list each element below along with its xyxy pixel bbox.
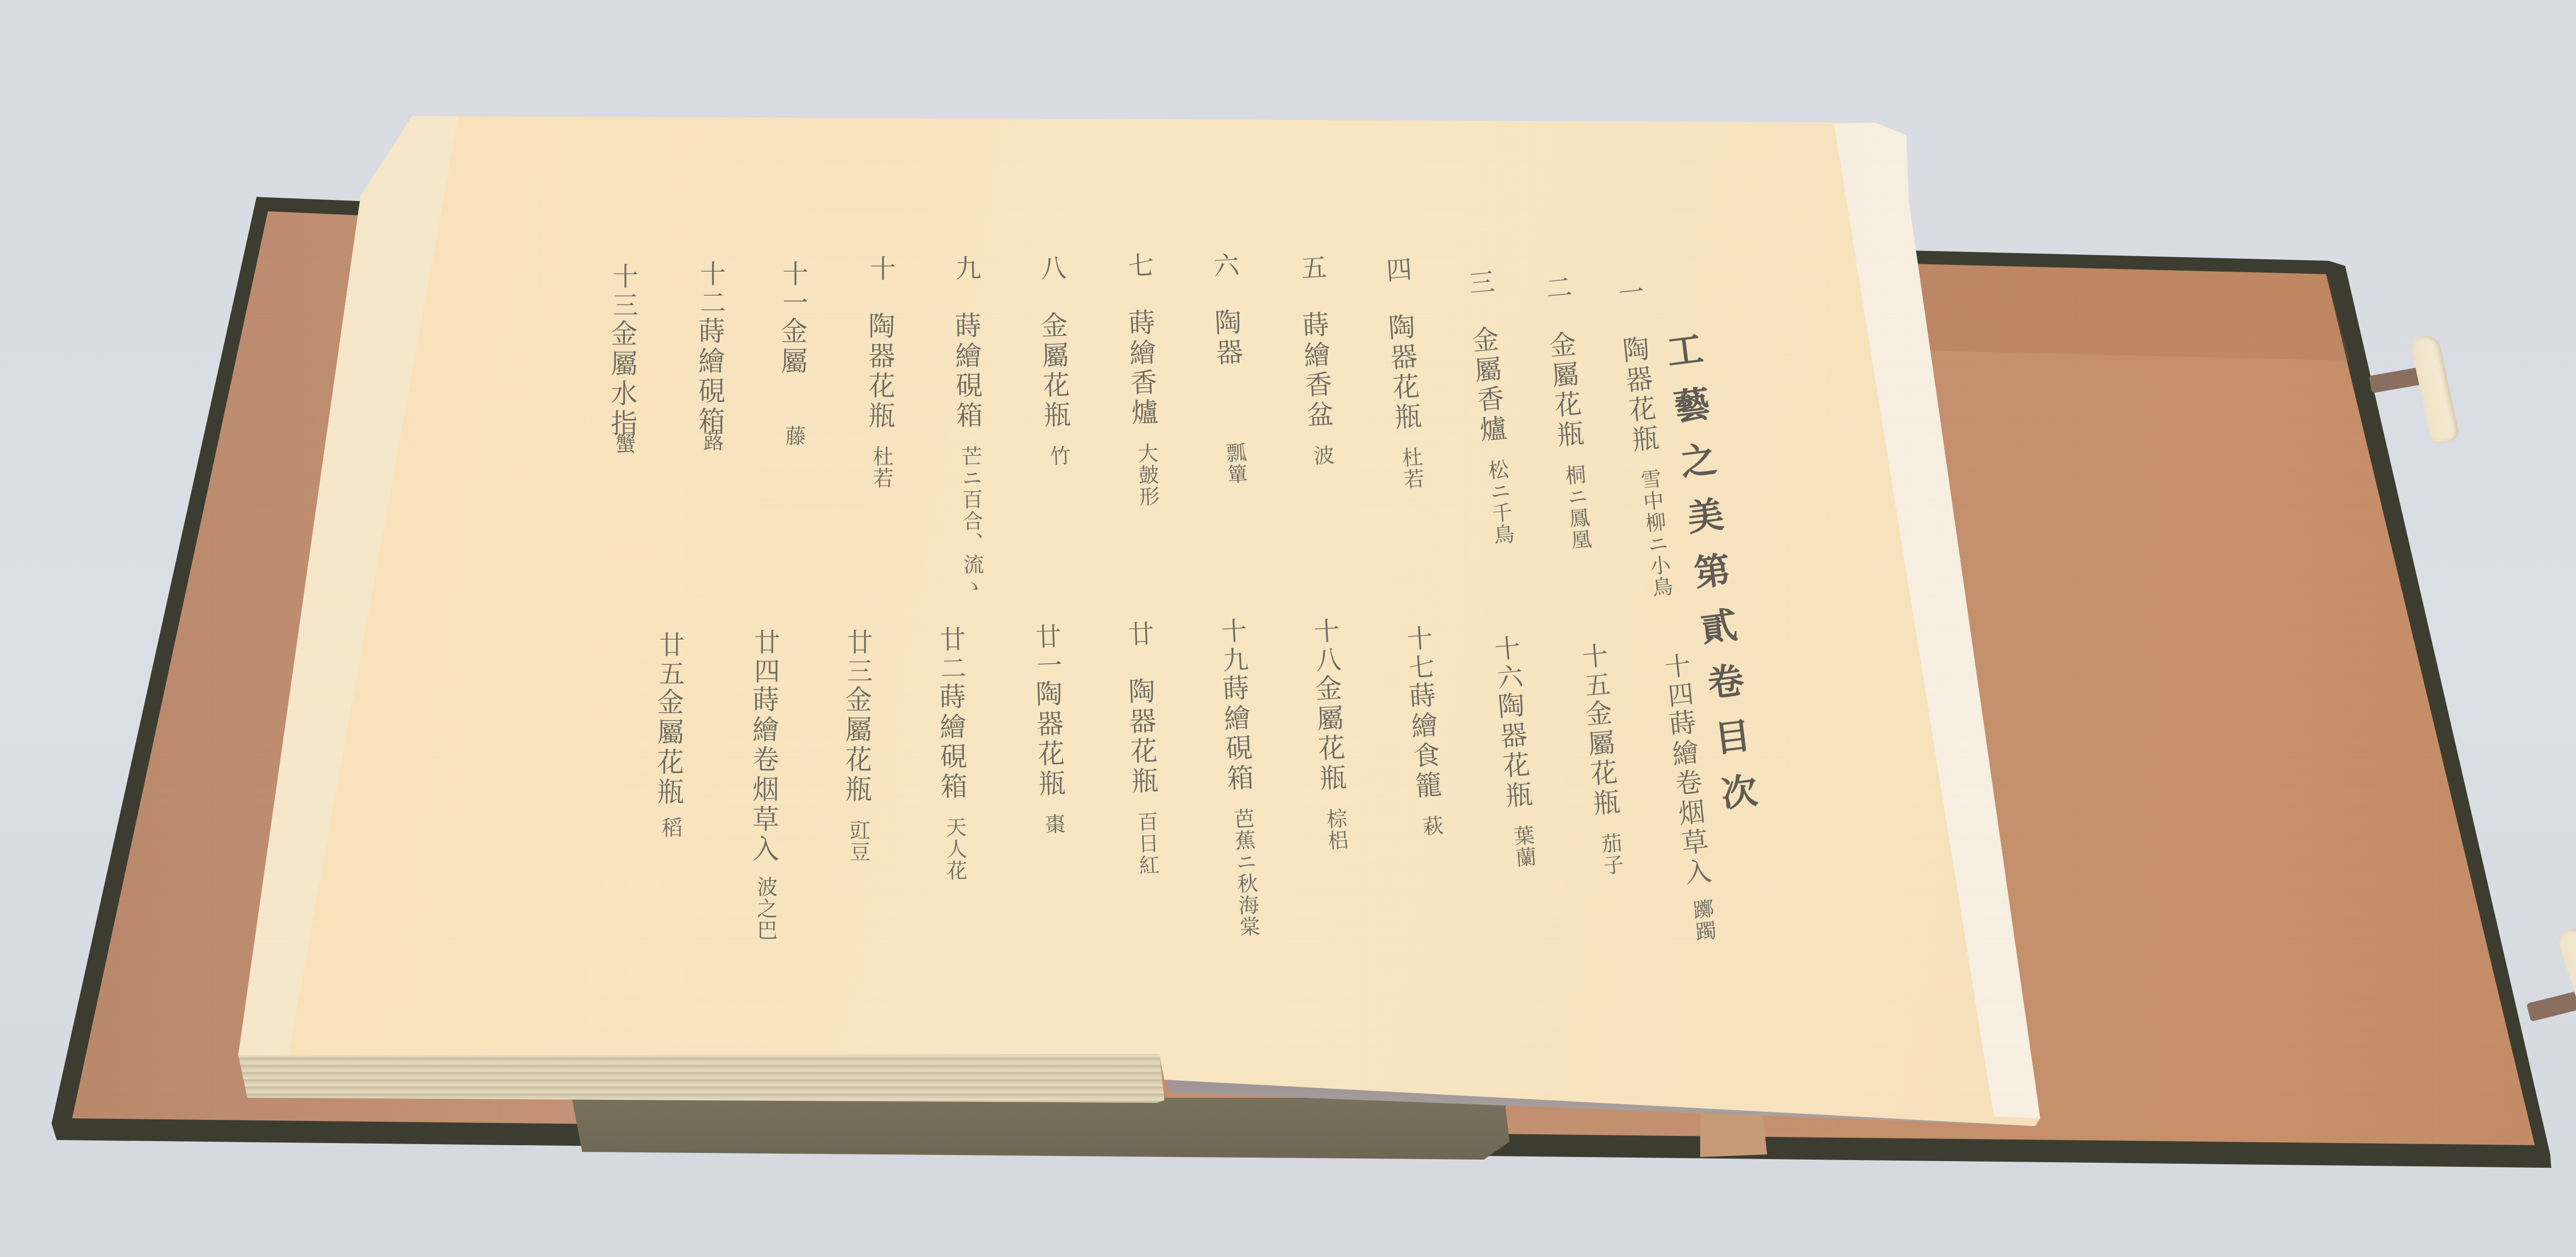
entry-number: 廿 (1123, 620, 1155, 650)
entry-item: 陶器花瓶 (1030, 679, 1065, 800)
entry-motif: 茄子 (1596, 832, 1625, 877)
entry-number: 十七 (1401, 624, 1436, 684)
entry-item: 陶器 (1209, 308, 1243, 369)
entry-item: 金屬花瓶 (1036, 311, 1071, 431)
entry-number: 一 (1613, 278, 1647, 310)
entry-number: 十二 (696, 260, 726, 318)
entry-item: 金屬花瓶 (1544, 330, 1585, 451)
entry-motif: 葉蘭 (1509, 824, 1538, 869)
entry-motif: 天人花 (941, 816, 968, 882)
entry-number: 七 (1123, 252, 1155, 281)
entry-item: 蒔繪卷烟草入 (748, 685, 778, 865)
entry-number: 十四 (1659, 651, 1696, 712)
entry-motif: 百日紅 (1133, 811, 1161, 877)
entry-number: 四 (1381, 256, 1414, 287)
entry-item: 金屬花瓶 (1310, 674, 1347, 795)
entry-motif: 棕梠 (1321, 808, 1349, 852)
entry-motif: 雪中柳ニ小鳥 (1636, 467, 1675, 599)
entry-item: 金屬花瓶 (1580, 698, 1621, 820)
entry-number: 廿五 (654, 631, 685, 689)
entry-number: 廿二 (935, 626, 967, 684)
entry-item: 蒔繪硯箱 (950, 311, 982, 431)
entry-item: 蒔繪食籠 (1403, 681, 1443, 802)
entry-item: 蒔繪硯箱 (693, 317, 724, 437)
entry-motif: 藤 (781, 425, 807, 447)
entry-number: 八 (1036, 254, 1067, 284)
entry-item: 金屬花瓶 (840, 685, 871, 805)
entry-number: 九 (951, 255, 982, 284)
entry-number: 十六 (1489, 634, 1525, 694)
entry-item: 蒔繪香盆 (1297, 310, 1334, 431)
entry-motif: 蕗 (699, 430, 724, 452)
entry-number: 十一 (778, 260, 809, 318)
entry-number: 廿四 (750, 629, 781, 686)
entry-item: 金屬 (776, 317, 807, 377)
entry-item: 陶器花瓶 (1123, 677, 1158, 797)
entry-motif: 波 (1309, 444, 1335, 467)
entry-motif: 稻 (657, 817, 683, 839)
entry-item: 陶器花瓶 (1492, 691, 1533, 812)
entry-motif: 大皷形 (1133, 442, 1161, 508)
entry-number: 五 (1296, 254, 1328, 284)
entry-motif: 杜若 (1397, 446, 1426, 491)
entry-number: 十八 (1309, 617, 1343, 676)
entry-number: 六 (1208, 251, 1241, 281)
entry-item: 金屬香爐 (1466, 325, 1507, 446)
entry-motif: 桐ニ鳳凰 (1560, 463, 1593, 552)
entry-motif: 躑躅 (1688, 898, 1718, 944)
entry-motif: 竹 (1045, 445, 1072, 467)
entry-item: 蒔繪香爐 (1123, 308, 1158, 429)
entry-item: 蒔繪硯箱 (1217, 674, 1254, 795)
entry-item: 蒔繪硯箱 (934, 682, 967, 802)
entry-motif: 波之巴 (753, 876, 778, 941)
entry-item: 金屬水指 (606, 320, 637, 439)
entry-motif: 萩 (1418, 814, 1445, 837)
entry-number: 十九 (1216, 617, 1250, 676)
entry-number: 十三 (608, 263, 639, 321)
entry-item: 陶器花瓶 (863, 312, 894, 431)
entry-motif: 芭蕉ニ秋海棠 (1229, 808, 1261, 938)
entry-motif: 瓢簞 (1221, 442, 1249, 487)
entry-number: 廿一 (1030, 623, 1063, 681)
entry-number: 十五 (1577, 642, 1613, 702)
entry-number: 二 (1540, 273, 1574, 305)
entry-number: 十 (866, 255, 896, 284)
entry-motif: 豇豆 (845, 819, 871, 863)
entry-motif: 松ニ千鳥 (1483, 458, 1516, 547)
entry-item: 陶器花瓶 (1383, 312, 1422, 434)
entry-motif: 棗 (1040, 813, 1066, 836)
entry-motif: 杜若 (869, 446, 894, 489)
entry-number: 三 (1463, 268, 1497, 299)
entry-number: 廿三 (842, 629, 873, 686)
entry-item: 陶器花瓶 (1617, 334, 1660, 457)
entry-motif: 蟹 (611, 433, 637, 455)
entry-motif: 芒ニ百合、流ゝ (957, 445, 985, 597)
entry-item: 金屬花瓶 (652, 688, 683, 808)
table-of-contents: 工藝之美第貳卷目次 一 陶器花瓶 雪中柳ニ小鳥 二 金屬花瓶 桐ニ鳳凰 三 金屬… (0, 0, 2576, 1257)
